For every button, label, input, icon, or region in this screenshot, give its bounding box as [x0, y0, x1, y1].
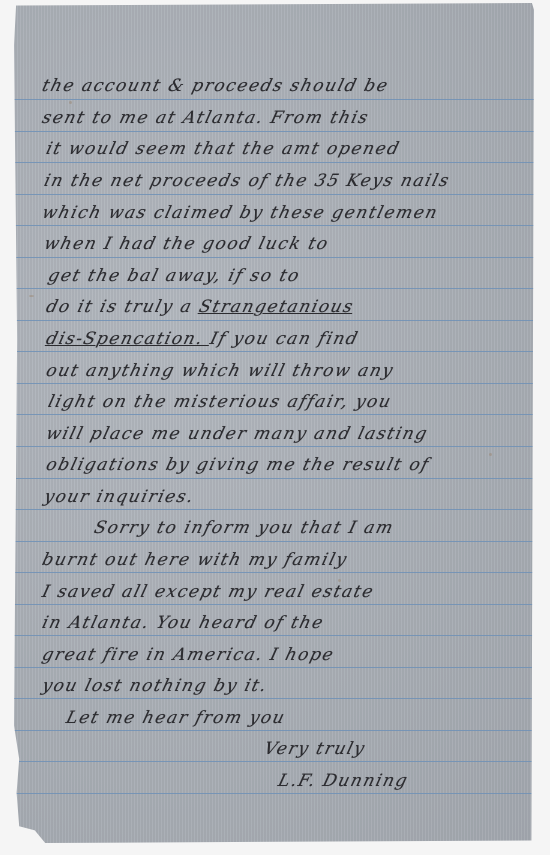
- ruled-line: [14, 509, 534, 510]
- handwritten-word: Keys: [344, 171, 403, 191]
- handwritten-word: throw: [290, 361, 361, 381]
- handwritten-word: me: [117, 108, 158, 128]
- handwritten-word: misterious: [172, 392, 291, 412]
- handwritten-word: my: [246, 550, 287, 570]
- handwritten-word: claimed: [152, 203, 243, 223]
- handwritten-word: From: [268, 108, 333, 128]
- handwritten-word: should: [288, 76, 367, 96]
- ruled-line: [14, 572, 534, 573]
- handwritten-word: L.F.: [276, 771, 326, 791]
- handwritten-word: get: [46, 266, 91, 286]
- handwritten-word: from: [193, 708, 252, 728]
- handwritten-word: saved: [55, 582, 124, 602]
- ruled-line: [14, 351, 534, 352]
- handwritten-word: you: [247, 708, 288, 728]
- handwritten-word: fire: [101, 645, 149, 665]
- letter-line: in Atlanta. You heard of the: [40, 613, 326, 633]
- letter-line: out anything which will throw any: [44, 361, 396, 381]
- ruled-line: [14, 604, 534, 605]
- handwritten-word: you: [256, 518, 304, 538]
- handwritten-word: inform: [182, 518, 261, 538]
- lined-paper-sheet: the account & proceeds should besent to …: [14, 3, 534, 843]
- handwritten-word: net: [108, 171, 153, 191]
- handwritten-word: lost: [83, 676, 133, 696]
- handwritten-word: the: [86, 266, 131, 286]
- handwritten-word: you: [40, 676, 88, 696]
- handwritten-word: hope: [283, 645, 337, 665]
- handwritten-word: Atlanta.: [181, 108, 274, 128]
- ruled-line: [14, 414, 534, 415]
- handwritten-word: nothing: [127, 676, 216, 696]
- handwritten-word: me: [149, 424, 190, 444]
- letter-line: you lost nothing by it.: [40, 676, 270, 696]
- letter-line: burnt out here with my family: [40, 550, 350, 570]
- ruled-line: [14, 194, 534, 195]
- letter-line: it would seem that the amt opened: [44, 139, 402, 159]
- handwritten-word: will: [44, 424, 93, 444]
- handwritten-word: hear: [140, 708, 198, 728]
- ruled-line: [14, 288, 534, 289]
- handwritten-word: and: [312, 424, 361, 444]
- handwritten-word: except: [153, 582, 232, 602]
- handwritten-word: gentlemen: [330, 203, 441, 223]
- handwritten-word: find: [316, 329, 361, 349]
- handwritten-word: that: [298, 518, 351, 538]
- handwritten-word: sent: [40, 108, 95, 128]
- ruled-line: [14, 698, 534, 699]
- handwritten-word: here: [143, 550, 201, 570]
- handwritten-word: all: [120, 582, 158, 602]
- letter-line: the account & proceeds should be: [40, 76, 391, 96]
- handwritten-word: affair,: [285, 392, 358, 412]
- ruled-line: [14, 320, 534, 321]
- handwritten-word: You: [154, 613, 202, 633]
- handwritten-word: real: [262, 582, 314, 602]
- handwritten-word: these: [268, 203, 335, 223]
- ruled-line: [14, 667, 534, 668]
- handwritten-word: am: [362, 518, 396, 538]
- ruled-line: [14, 383, 534, 384]
- handwritten-word: away,: [164, 266, 232, 286]
- handwritten-word: you: [231, 329, 279, 349]
- letter-line: when I had the good luck to: [42, 234, 331, 254]
- letter-line: do it is truly a Strangetanious: [44, 297, 356, 317]
- ruled-line: [14, 541, 534, 542]
- handwritten-word: opened: [325, 139, 403, 159]
- handwritten-word: bal: [125, 266, 168, 286]
- handwritten-word: that: [192, 139, 245, 159]
- signature: L.F. Dunning: [276, 771, 411, 791]
- ruled-line: [14, 446, 534, 447]
- handwritten-word: place: [88, 424, 154, 444]
- handwritten-word: light: [46, 392, 106, 412]
- handwritten-word: the: [69, 171, 114, 191]
- handwritten-word: proceeds: [190, 76, 293, 96]
- ruled-line: [14, 730, 534, 731]
- handwritten-word: obligations: [44, 455, 169, 475]
- handwritten-word: this: [328, 108, 371, 128]
- letter-line: great fire in America. I hope: [40, 645, 337, 665]
- letter-line: obligations by giving me the result of: [44, 455, 432, 475]
- handwritten-word: dis-Spencation.: [44, 329, 213, 349]
- handwritten-word: would: [66, 139, 138, 159]
- ink-spot: [29, 295, 34, 297]
- ruled-line: [14, 478, 534, 479]
- letter-line: get the bal away, if so to: [46, 266, 302, 286]
- handwritten-word: heard: [197, 613, 267, 633]
- handwritten-word: the: [161, 234, 206, 254]
- handwritten-word: will: [246, 361, 295, 381]
- handwritten-word: Let: [64, 708, 109, 728]
- handwritten-word: Dunning: [321, 771, 411, 791]
- handwritten-word: the: [40, 76, 85, 96]
- handwritten-word: the: [240, 139, 285, 159]
- handwritten-word: family: [282, 550, 350, 570]
- letter-line: which was claimed by these gentlemen: [40, 203, 441, 223]
- handwritten-word: which: [179, 361, 250, 381]
- ruled-line: [14, 635, 534, 636]
- ruled-line: [14, 225, 534, 226]
- ruled-line: [14, 131, 534, 132]
- letter-line: dis-Spencation. If you can find: [44, 329, 361, 349]
- handwritten-word: Strangetanious: [197, 297, 356, 317]
- handwritten-word: burnt: [40, 550, 108, 570]
- handwritten-word: me: [264, 455, 305, 475]
- handwritten-word: was: [106, 203, 156, 223]
- ruled-line: [14, 761, 534, 762]
- handwritten-word: me: [104, 708, 145, 728]
- handwritten-word: be: [362, 76, 391, 96]
- ruled-line: [14, 257, 534, 258]
- letter-line: Sorry to inform you that I am: [92, 518, 396, 538]
- handwritten-word: can: [274, 329, 321, 349]
- handwritten-word: great: [40, 645, 106, 665]
- handwritten-word: any: [356, 361, 396, 381]
- handwritten-word: to: [277, 266, 302, 286]
- handwritten-word: out: [103, 550, 148, 570]
- handwritten-word: had: [117, 234, 166, 254]
- handwritten-word: many: [252, 424, 317, 444]
- handwritten-word: when: [42, 234, 107, 254]
- handwritten-word: your: [42, 487, 99, 507]
- handwritten-word: nails: [398, 171, 452, 191]
- handwritten-word: America.: [171, 645, 273, 665]
- handwritten-word: it.: [242, 676, 269, 696]
- letter-line: light on the misterious affair, you: [46, 392, 394, 412]
- handwritten-word: truly: [314, 739, 368, 759]
- letter-line: sent to me at Atlanta. From this: [40, 108, 371, 128]
- handwritten-word: Sorry: [92, 518, 160, 538]
- handwritten-word: the: [289, 613, 327, 633]
- handwritten-word: to: [306, 234, 331, 254]
- handwritten-word: result: [340, 455, 412, 475]
- letter-line: your inquiries.: [42, 487, 197, 507]
- handwritten-word: inquiries.: [94, 487, 196, 507]
- ruled-line: [14, 162, 534, 163]
- letter-line: I saved all except my real estate: [40, 582, 376, 602]
- handwritten-word: Atlanta.: [67, 613, 160, 633]
- handwritten-word: which: [40, 203, 111, 223]
- handwritten-word: you: [353, 392, 394, 412]
- handwritten-word: amt: [280, 139, 330, 159]
- ruled-line: [14, 99, 534, 100]
- handwritten-word: the: [273, 171, 318, 191]
- handwritten-word: my: [226, 582, 267, 602]
- handwritten-word: account: [80, 76, 171, 96]
- closing-salutation: Very truly: [262, 739, 368, 759]
- ink-spot: [69, 101, 72, 104]
- handwritten-word: with: [195, 550, 251, 570]
- letter-line: in the net proceeds of the 35 Keys nails: [42, 171, 452, 191]
- handwritten-word: giving: [195, 455, 270, 475]
- handwritten-word: luck: [256, 234, 311, 254]
- handwritten-word: good: [201, 234, 262, 254]
- handwritten-word: seem: [134, 139, 197, 159]
- handwritten-word: lasting: [356, 424, 431, 444]
- handwritten-word: truly: [122, 297, 183, 317]
- handwritten-word: proceeds: [148, 171, 251, 191]
- handwritten-word: anything: [84, 361, 185, 381]
- handwritten-word: under: [186, 424, 257, 444]
- handwritten-word: Very: [262, 739, 319, 759]
- handwritten-word: the: [301, 455, 346, 475]
- ink-spot: [489, 453, 492, 456]
- handwritten-word: out: [44, 361, 89, 381]
- ruled-line: [14, 793, 534, 794]
- scanned-letter: the account & proceeds should besent to …: [0, 0, 550, 855]
- handwritten-word: the: [132, 392, 177, 412]
- letter-line: will place me under many and lasting: [44, 424, 430, 444]
- letter-line: Let me hear from you: [64, 708, 288, 728]
- handwritten-word: estate: [309, 582, 376, 602]
- handwritten-word: of: [407, 455, 432, 475]
